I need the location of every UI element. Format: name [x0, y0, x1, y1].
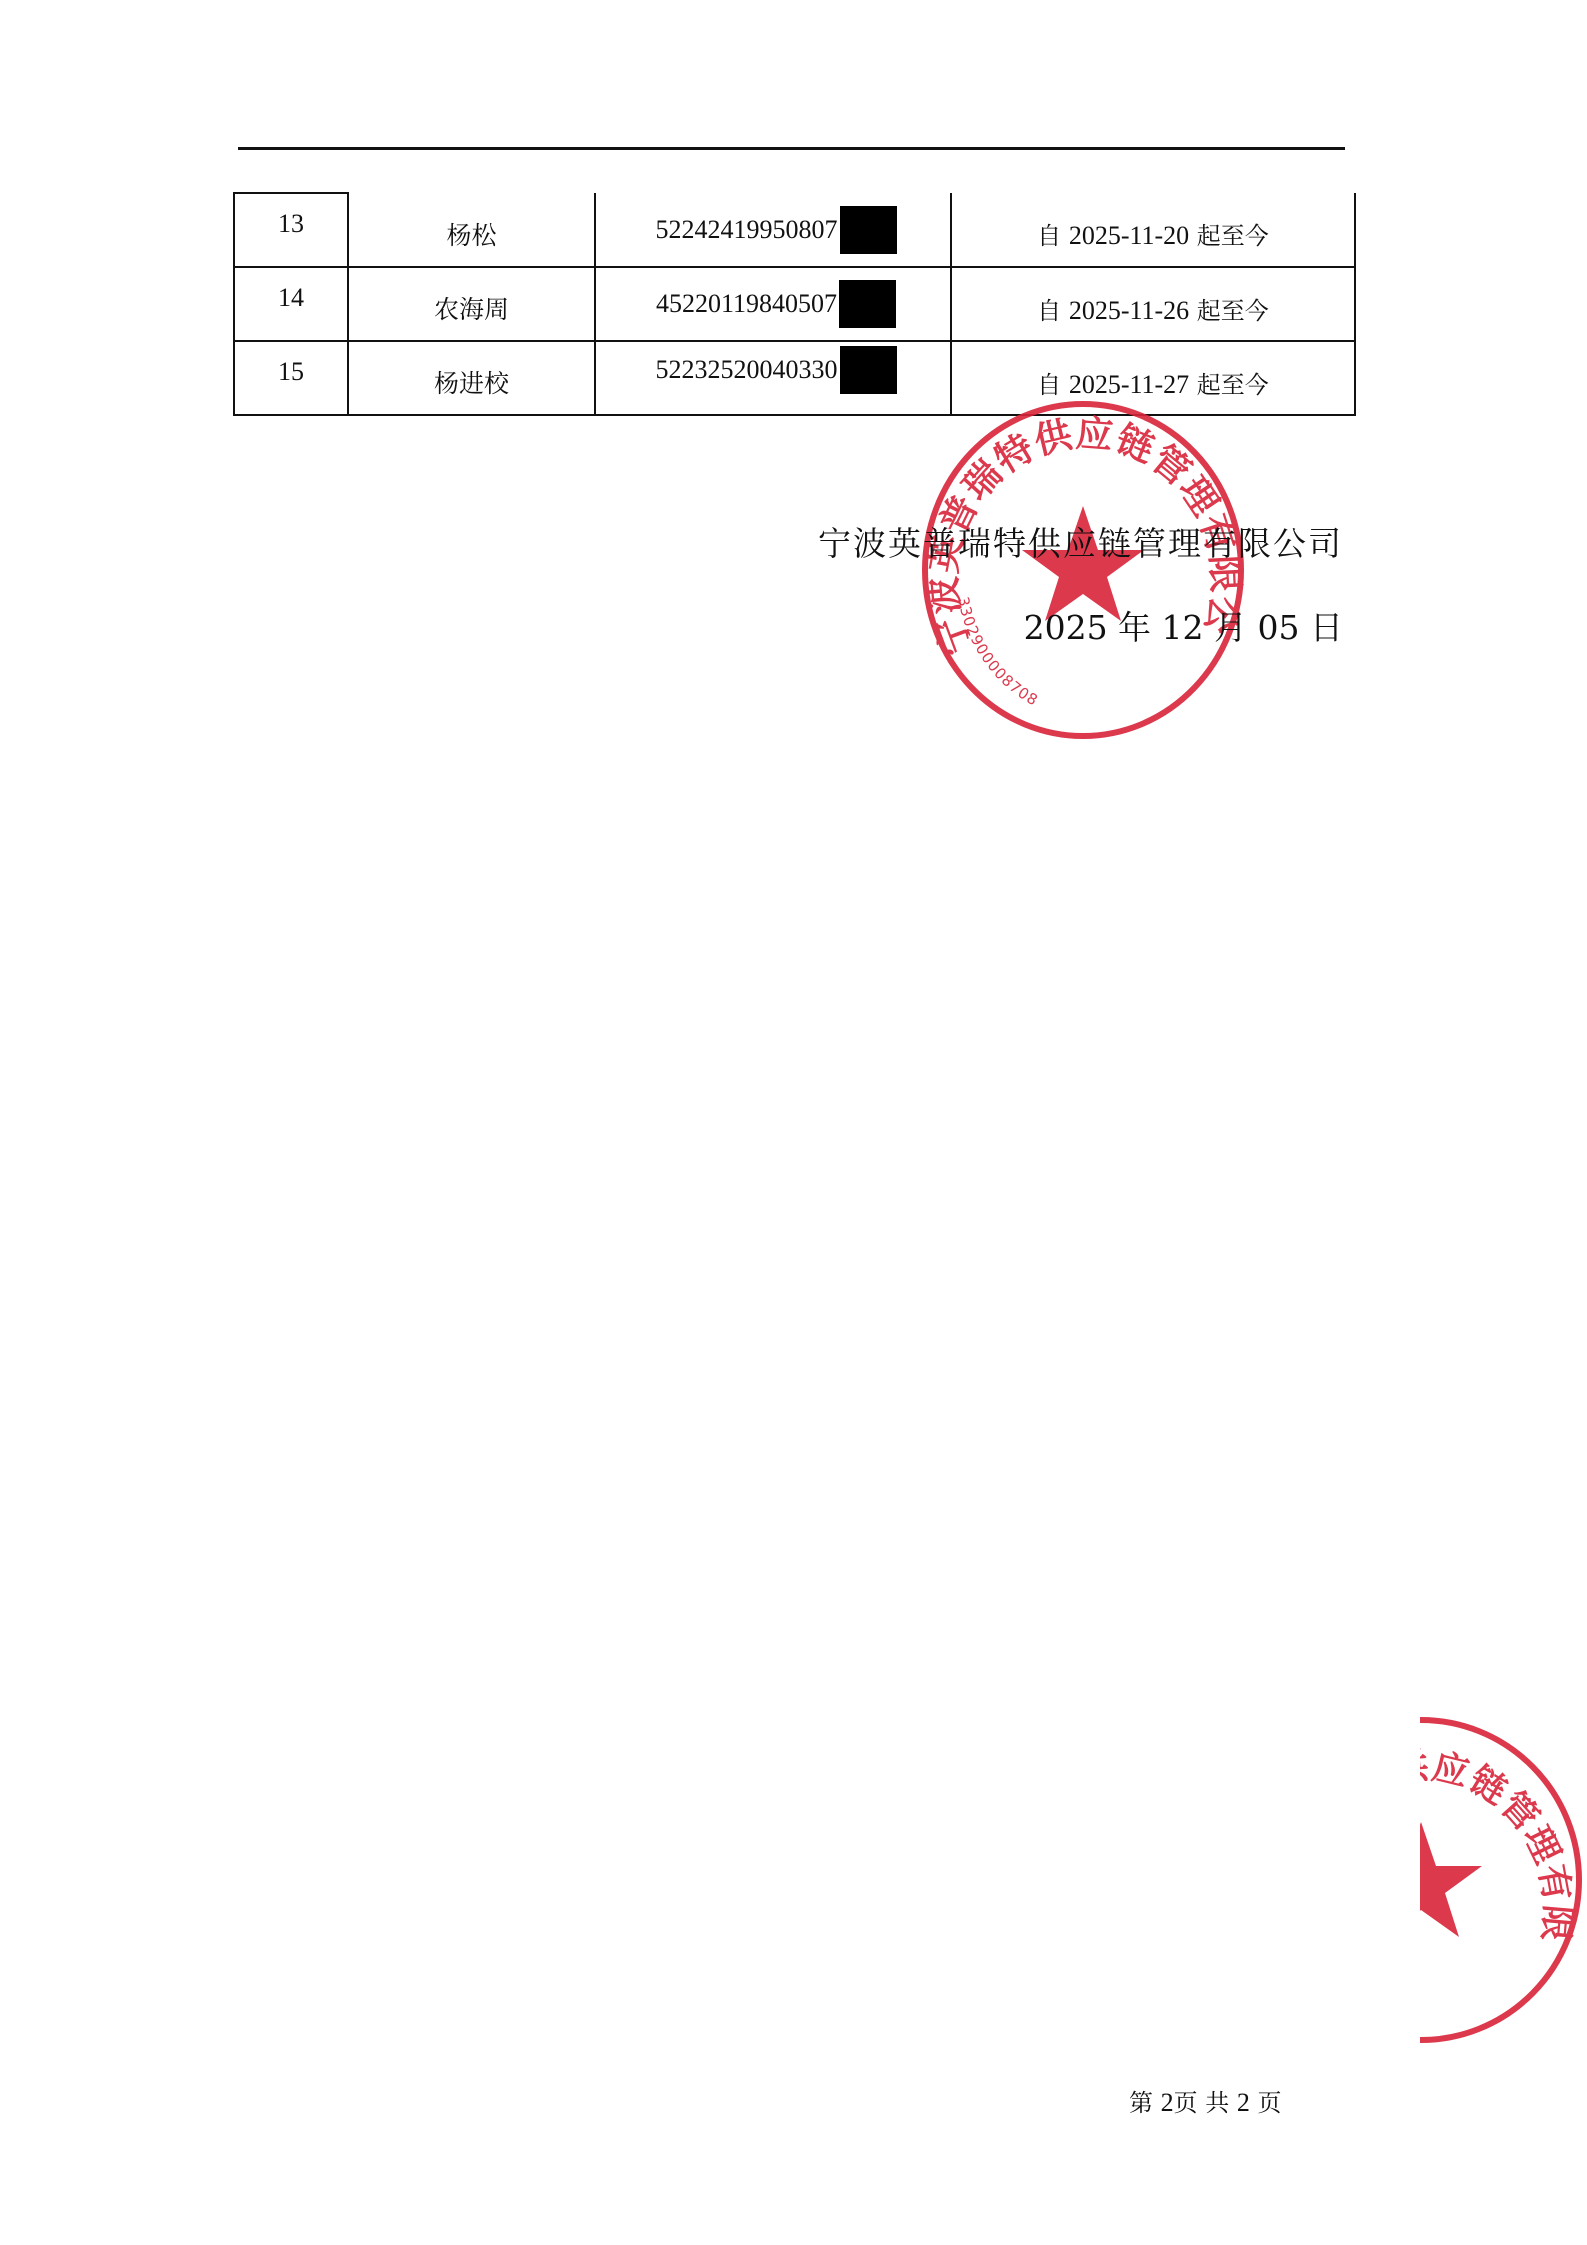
period-prefix: 自 [1037, 297, 1069, 325]
company-seal: 宁波英普瑞特供应链管理有限公司 3302900008708 [918, 398, 1248, 743]
id-number: 52242419950807 [656, 215, 838, 245]
period-cell: 自 2025-11-26 起至今 [951, 267, 1355, 341]
period-suffix: 起至今 [1189, 297, 1269, 325]
employee-name: 农海周 [434, 290, 509, 326]
page-label-suffix: 页 [1250, 2089, 1282, 2117]
redaction-block [839, 280, 896, 328]
period-date: 2025-11-27 [1069, 370, 1189, 399]
svg-text:宁波英普瑞特供应链管理有限公司: 宁波英普瑞特供应链管理有限公司 [1420, 1712, 1578, 1964]
period-suffix: 起至今 [1189, 222, 1269, 250]
star-icon [1420, 1822, 1482, 1937]
period-cell: 自 2025-11-27 起至今 [951, 341, 1355, 415]
id-cell: 52232520040330 [595, 341, 951, 415]
employee-table: 13 杨松 52242419950807 自 2025-11-20 起至今 14… [233, 192, 1356, 416]
name-cell: 杨松 [348, 193, 595, 267]
paging-seal: 宁波英普瑞特供应链管理有限公司 [1420, 1712, 1587, 2048]
total-pages: 2 [1237, 2088, 1250, 2117]
period-date: 2025-11-20 [1069, 221, 1189, 250]
name-cell: 农海周 [348, 267, 595, 341]
table-row: 13 杨松 52242419950807 自 2025-11-20 起至今 [234, 193, 1355, 267]
period-suffix: 起至今 [1189, 371, 1269, 399]
row-number: 14 [278, 283, 304, 313]
row-number-cell: 13 [234, 193, 348, 267]
page-footer: 第 2页 共 2 页 [1129, 2083, 1282, 2118]
page-label-prefix: 第 [1129, 2089, 1161, 2117]
period-date: 2025-11-26 [1069, 296, 1189, 325]
header-rule [238, 147, 1345, 150]
id-cell: 52242419950807 [595, 193, 951, 267]
period-cell: 自 2025-11-20 起至今 [951, 193, 1355, 267]
employee-name: 杨松 [446, 216, 496, 252]
row-number-cell: 14 [234, 267, 348, 341]
seal-graphic: 宁波英普瑞特供应链管理有限公司 [1420, 1712, 1587, 2048]
name-cell: 杨进校 [348, 341, 595, 415]
period-prefix: 自 [1037, 371, 1069, 399]
period-prefix: 自 [1037, 222, 1069, 250]
current-page: 2 [1161, 2088, 1174, 2117]
redaction-block [840, 346, 897, 394]
seal-text: 宁波英普瑞特供应链管理有限公司 [1420, 1712, 1578, 1964]
seal-graphic: 宁波英普瑞特供应链管理有限公司 3302900008708 [918, 398, 1248, 743]
id-number: 45220119840507 [656, 289, 837, 319]
page-label-mid: 页 共 [1174, 2089, 1237, 2117]
id-number: 52232520040330 [656, 355, 838, 385]
redaction-block [840, 206, 897, 254]
table-row: 15 杨进校 52232520040330 自 2025-11-27 起至今 [234, 341, 1355, 415]
id-cell: 45220119840507 [595, 267, 951, 341]
company-name: 宁波英普瑞特供应链管理有限公司 [818, 518, 1343, 565]
row-number: 13 [278, 209, 304, 239]
signature-date: 2025 年 12 月 05 日 [1024, 602, 1343, 649]
table-row: 14 农海周 45220119840507 自 2025-11-26 起至今 [234, 267, 1355, 341]
row-number: 15 [278, 357, 304, 387]
employee-name: 杨进校 [434, 364, 509, 400]
row-number-cell: 15 [234, 341, 348, 415]
